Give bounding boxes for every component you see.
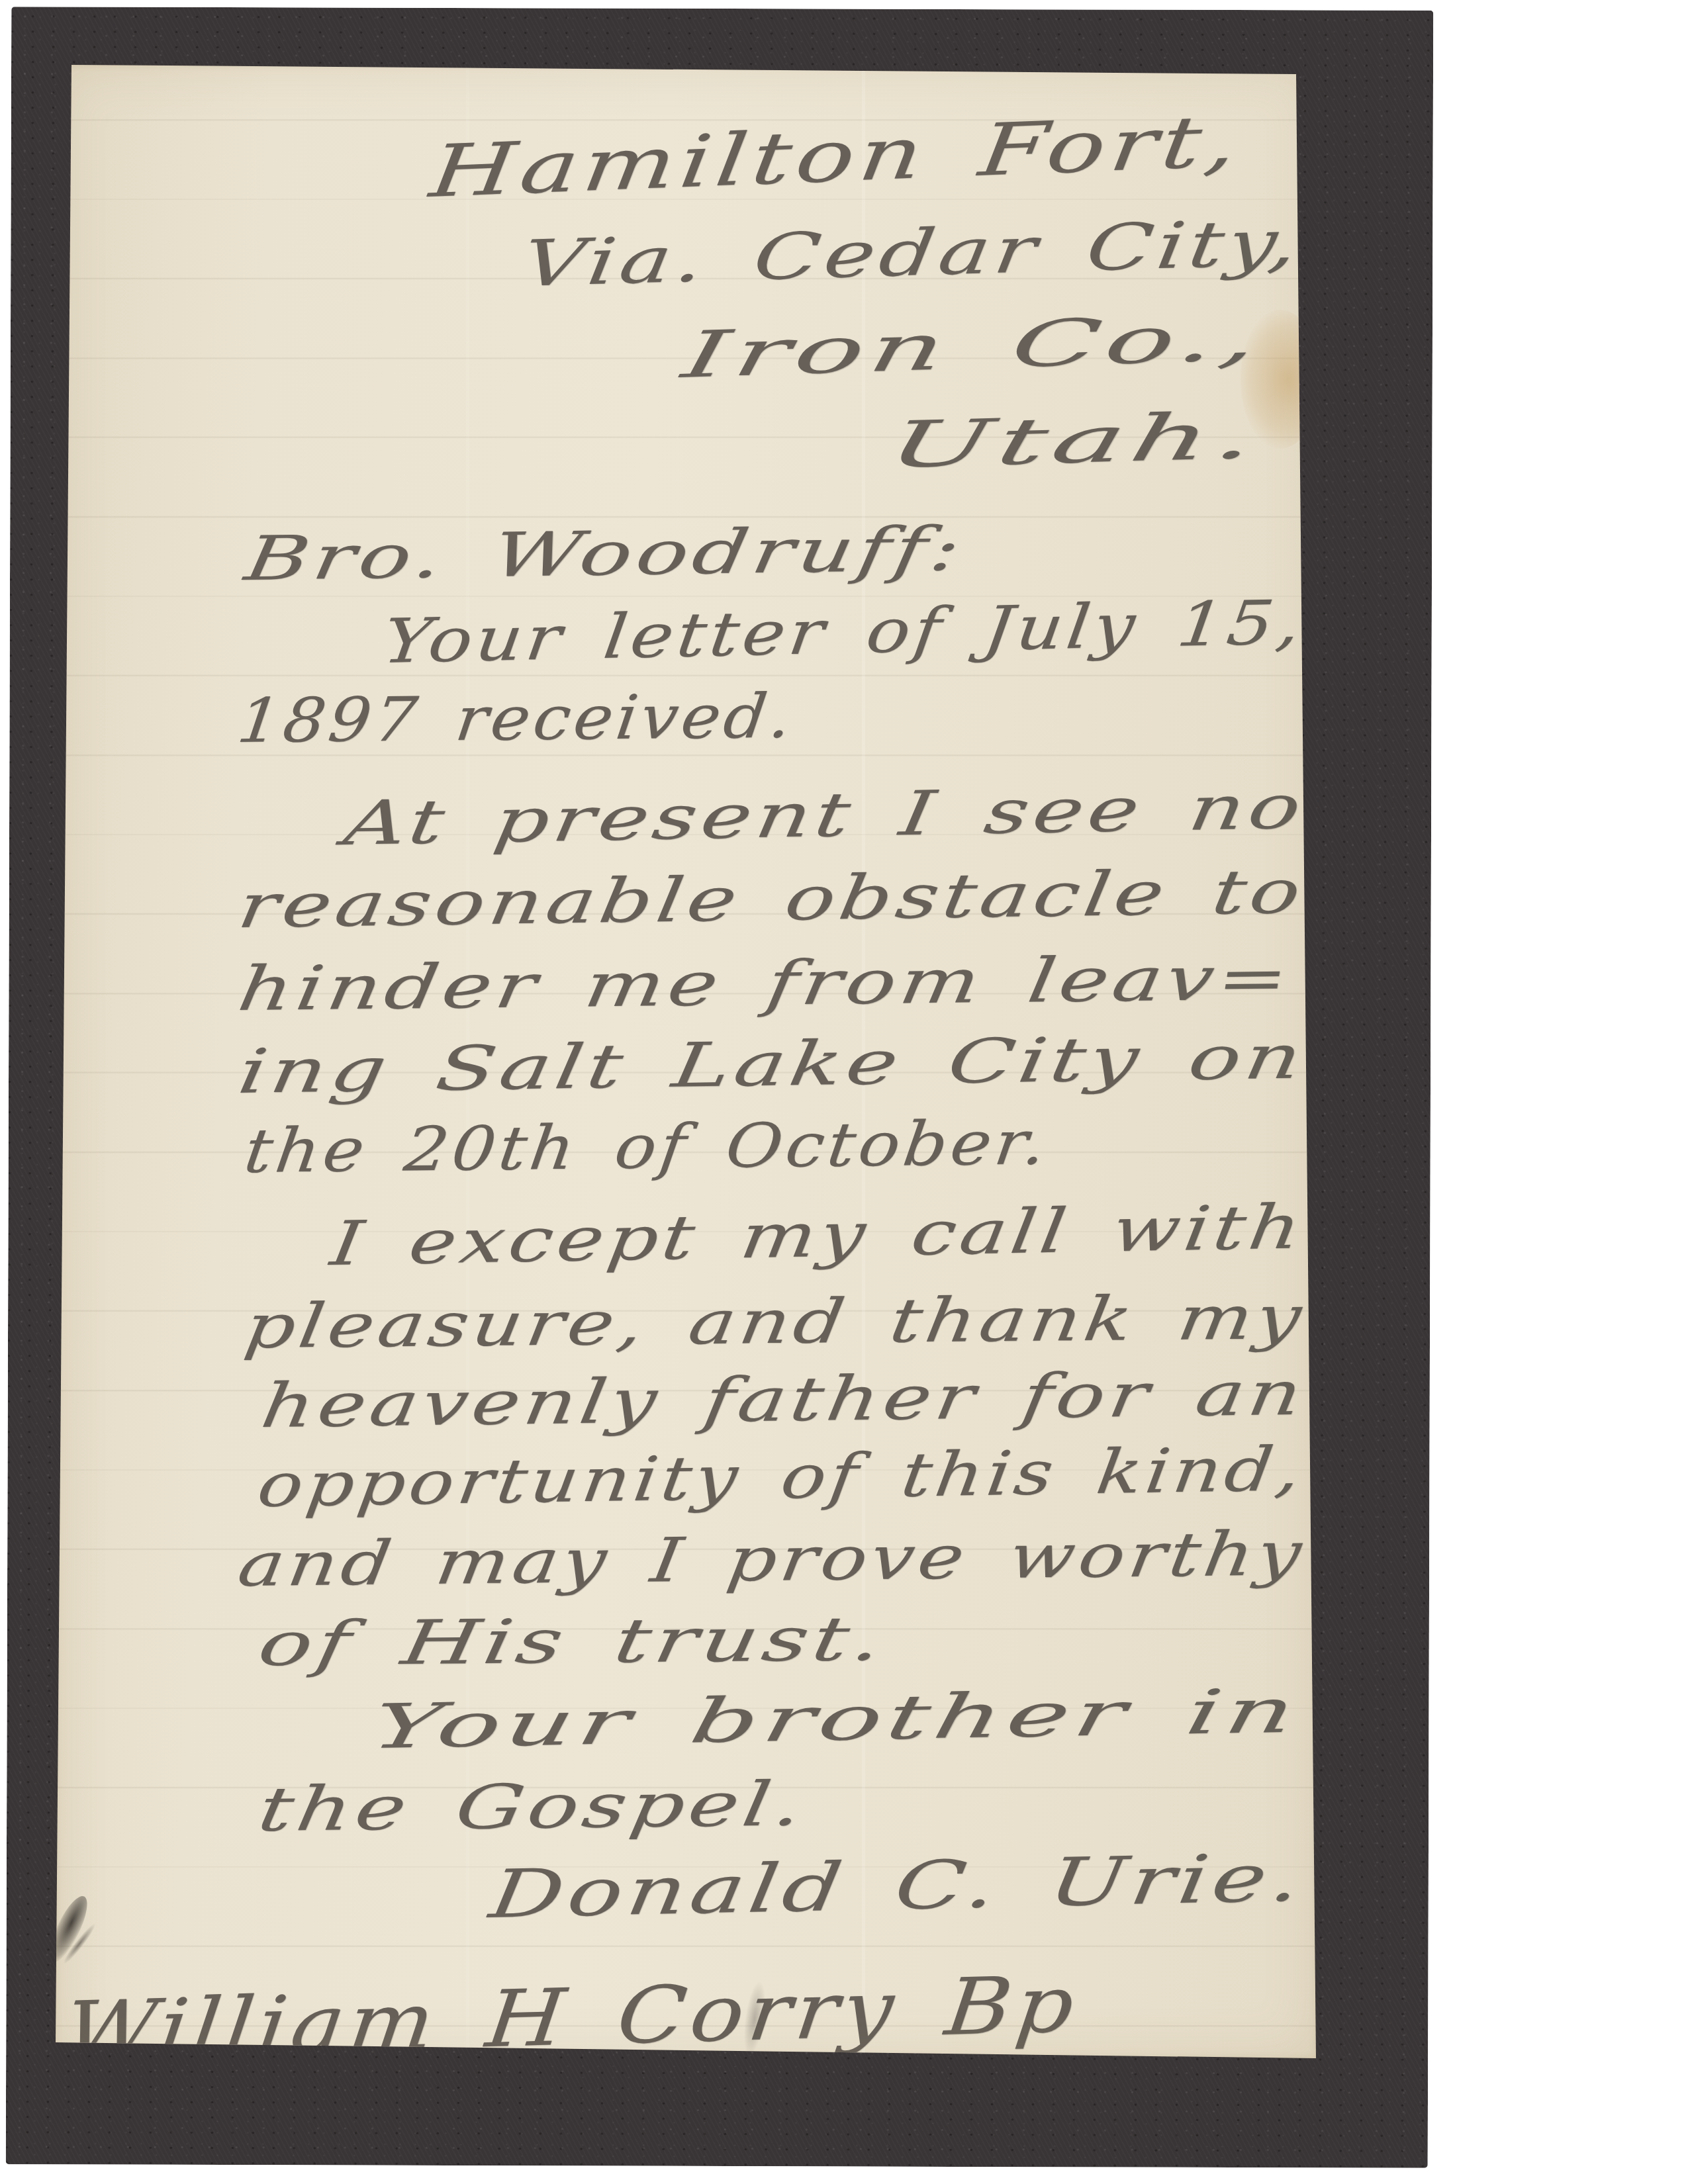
handwritten-line: 1897 received. (234, 686, 798, 752)
handwritten-line: At present I see no (340, 776, 1309, 854)
handwritten-line: pleasure, and thank my (241, 1287, 1309, 1357)
handwritten-line: Your brother in (367, 1680, 1305, 1758)
handwritten-line: Utah. (883, 404, 1267, 477)
handwritten-line: Via. Cedar City, (519, 210, 1305, 296)
letter-paper: Hamilton Fort,Via. Cedar City,Iron Co.,U… (56, 65, 1316, 2058)
handwritten-line: Your letter of July 15, (380, 592, 1307, 672)
handwritten-line: Hamilton Fort, (426, 105, 1246, 208)
handwritten-line: the Gospel. (254, 1774, 810, 1841)
handwritten-line: of His trust. (254, 1609, 890, 1675)
handwritten-line: heavenly father for an (258, 1363, 1309, 1437)
handwritten-line: I except my call with (327, 1197, 1309, 1275)
handwritten-line: the 20th of October. (241, 1113, 1053, 1182)
handwritten-line: Donald C. Urie. (486, 1844, 1309, 1928)
scan-canvas: Hamilton Fort,Via. Cedar City,Iron Co.,U… (0, 0, 1688, 2184)
handwritten-line: opportunity of this kind, (254, 1439, 1308, 1516)
handwritten-line: reasonable obstacle to (234, 861, 1309, 937)
handwritten-line: Iron Co., (678, 305, 1269, 387)
handwritten-line: hinder me from leav= (234, 948, 1296, 1020)
handwritten-line: and may I prove worthy (234, 1524, 1309, 1596)
handwritten-line: Bro. Woodruff: (241, 519, 969, 590)
handwritten-line: ing Salt Lake City on (234, 1026, 1310, 1103)
